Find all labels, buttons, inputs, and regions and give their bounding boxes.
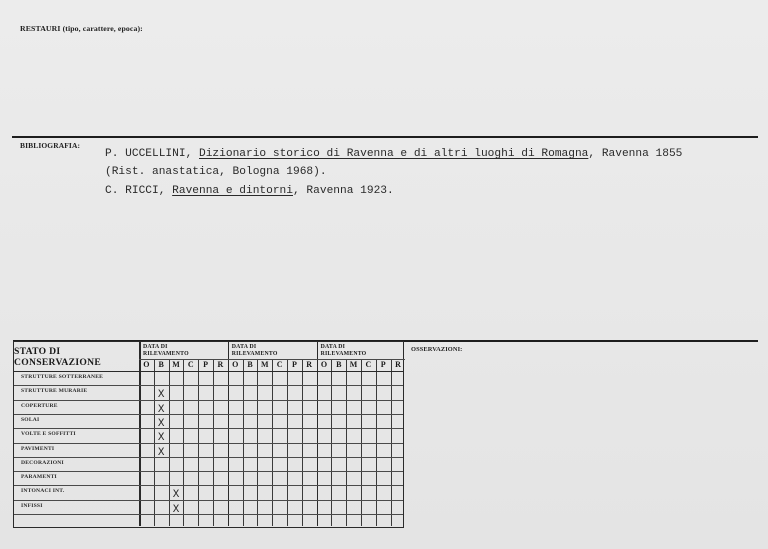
restauri-label: RESTAURI (tipo, carattere, epoca): [20, 24, 143, 33]
table-row-label: DECORAZIONI [21, 460, 64, 466]
table-row-label: COPERTURE [21, 403, 58, 409]
table-group-divider [139, 342, 141, 526]
table-row-label: PARAMENTI [21, 474, 57, 480]
table-row-label: STRUTTURE MURARIE [21, 388, 87, 394]
conservation-table: STATO DI CONSERVAZIONE DATA DIRILEVAMENT… [13, 341, 404, 528]
table-row-divider [14, 514, 403, 515]
date-of-survey-header: DATA DIRILEVAMENTO [232, 344, 278, 357]
condition-column-b: B [154, 360, 169, 369]
condition-column-m: M [257, 360, 272, 369]
table-row-divider [14, 428, 403, 429]
bibliografia-label: BIBLIOGRAFIA: [20, 141, 80, 150]
condition-column-o: O [228, 360, 243, 369]
bibliography-publication: (Rist. anastatica, Bologna 1968). [105, 166, 327, 178]
bibliography-author: C. RICCI, [105, 185, 172, 197]
table-group-divider [317, 342, 319, 526]
table-row-label: STRUTTURE SOTTERRANEE [21, 374, 103, 380]
condition-column-m: M [346, 360, 361, 369]
bibliography-author: P. UCCELLINI, [105, 148, 199, 160]
table-row-label: INTONACI INT. [21, 488, 64, 494]
table-group-divider [228, 342, 230, 526]
table-row-divider [14, 443, 403, 444]
table-row-divider [14, 371, 403, 372]
condition-column-p: P [287, 360, 302, 369]
condition-column-p: P [198, 360, 213, 369]
table-row-label: SOLAI [21, 417, 39, 423]
table-row-divider [14, 385, 403, 386]
table-row-divider [14, 400, 403, 401]
table-row-divider [14, 485, 403, 486]
bibliography-publication: , Ravenna 1855 [588, 148, 682, 160]
table-row-divider [14, 500, 403, 501]
date-of-survey-header: DATA DIRILEVAMENTO [321, 344, 367, 357]
date-of-survey-header: DATA DIRILEVAMENTO [143, 344, 189, 357]
table-row-divider [14, 457, 403, 458]
condition-column-c: C [272, 360, 287, 369]
condition-column-c: C [361, 360, 376, 369]
section-divider [12, 136, 758, 138]
condition-column-c: C [183, 360, 198, 369]
table-title: STATO DI CONSERVAZIONE [14, 342, 139, 371]
condition-column-r: R [391, 360, 406, 369]
condition-column-o: O [139, 360, 154, 369]
bibliography-entry: P. UCCELLINI, Dizionario storico di Rave… [105, 148, 682, 160]
condition-column-b: B [331, 360, 346, 369]
bibliography-entry: (Rist. anastatica, Bologna 1968). [105, 166, 327, 178]
catalog-card: RESTAURI (tipo, carattere, epoca): BIBLI… [0, 0, 768, 549]
condition-column-o: O [317, 360, 332, 369]
table-row-divider [14, 414, 403, 415]
condition-column-r: R [213, 360, 228, 369]
condition-column-r: R [302, 360, 317, 369]
table-row-label: PAVIMENTI [21, 446, 54, 452]
bibliography-title: Ravenna e dintorni [172, 185, 293, 197]
table-row-divider [14, 471, 403, 472]
bibliography-title: Dizionario storico di Ravenna e di altri… [199, 148, 588, 160]
table-row-label: INFISSI [21, 503, 43, 509]
bibliography-entry: C. RICCI, Ravenna e dintorni, Ravenna 19… [105, 185, 394, 197]
osservazioni-label: OSSERVAZIONI: [411, 346, 462, 353]
condition-column-p: P [376, 360, 391, 369]
condition-column-b: B [243, 360, 258, 369]
bibliography-publication: , Ravenna 1923. [293, 185, 394, 197]
table-row-label: VOLTE E SOFFITTI [21, 431, 76, 437]
condition-column-m: M [169, 360, 184, 369]
